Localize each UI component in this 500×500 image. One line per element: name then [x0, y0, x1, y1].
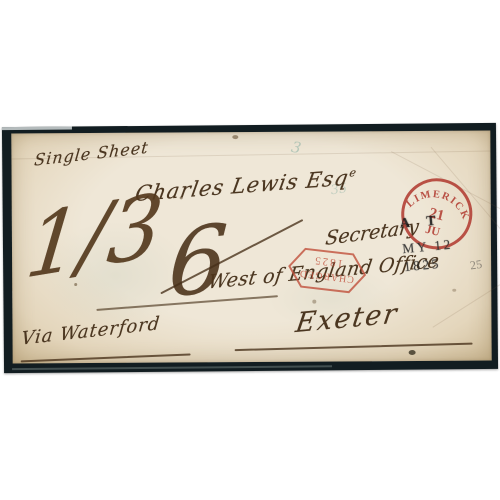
addressee-suffix: e [348, 166, 358, 180]
docket-single-sheet: Single Sheet [33, 138, 149, 170]
mount-highlight-bottom [12, 365, 332, 370]
foxing-spot [312, 300, 316, 304]
charge-handstamp-svg: CHARGED 1825 [283, 243, 372, 298]
foxing-spot [232, 135, 238, 139]
route-line: Via Waterford [20, 313, 161, 350]
charge-line2: 1825 [313, 254, 344, 269]
city-line: Exeter [294, 298, 401, 339]
foxing-spot [452, 289, 456, 292]
crease-line [432, 278, 500, 328]
rate-marking: 1/3 [22, 185, 167, 291]
foxing-spot [409, 350, 416, 355]
addressee-line: Charles Lewis Esqe [133, 165, 358, 206]
photo-mount: 3 35 Single Sheet Charles Lewis Esqe Sec… [2, 123, 498, 373]
arrival-datestamp: MY 12 1825 [402, 236, 456, 276]
cover-paper: 3 35 Single Sheet Charles Lewis Esqe Sec… [11, 131, 491, 364]
exeter-underline [235, 343, 473, 351]
arrival-stray-digits: 25 [469, 257, 483, 274]
charge-line1: CHARGED [298, 267, 354, 284]
charge-handstamp: CHARGED 1825 [283, 243, 372, 298]
mount-highlight-top [2, 127, 72, 131]
route-underline [21, 353, 191, 362]
arrival-smudged-letters: A T [399, 213, 443, 232]
